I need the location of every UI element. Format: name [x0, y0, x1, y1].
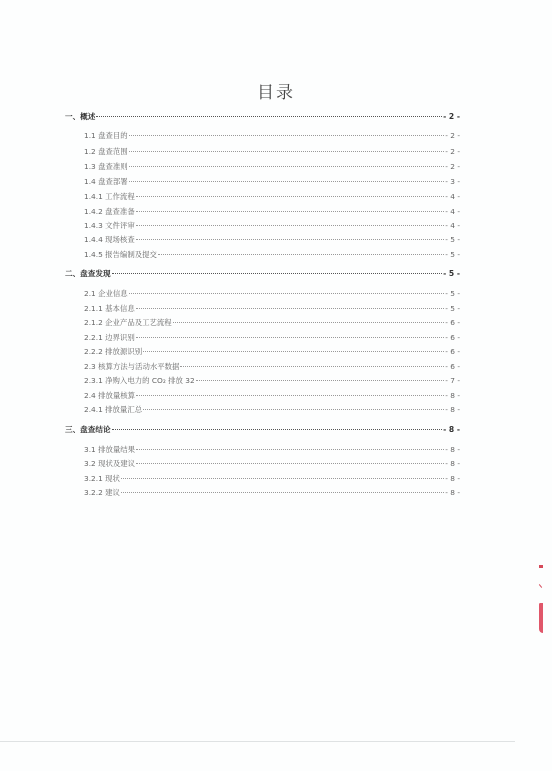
toc-entry[interactable]: 1.4.3 文件评审 - 4 -	[84, 221, 460, 231]
dot-leader	[196, 380, 445, 381]
seal-fragment	[539, 565, 543, 568]
toc-label: 1.3 盘查准则	[84, 162, 128, 172]
toc-page-number: - 6 -	[445, 333, 460, 343]
toc-page-number: - 2 -	[445, 162, 460, 172]
toc-entry[interactable]: 1.4 盘查部署 - 3 -	[84, 177, 460, 187]
toc-entry[interactable]: 1.4.1 工作流程 - 4 -	[84, 192, 460, 202]
dot-leader	[136, 196, 445, 197]
toc-label: 2.2.2 排放源识别	[84, 347, 142, 357]
toc-label: 1.4 盘查部署	[84, 177, 128, 187]
toc-entry[interactable]: 1.2 盘查范围 - 2 -	[84, 147, 460, 157]
toc-label: 1.4.2 盘查准备	[84, 207, 135, 217]
dot-leader	[158, 254, 444, 255]
toc-page-number: - 6 -	[445, 347, 460, 357]
dot-leader	[136, 449, 444, 450]
toc-label: 1.4.1 工作流程	[84, 192, 135, 202]
dot-leader	[173, 322, 445, 323]
toc-page-number: - 8 -	[443, 425, 460, 435]
toc-label: 1.4.4 现场核查	[84, 235, 135, 245]
dot-leader	[136, 337, 445, 338]
toc-entry[interactable]: 1.4.5 报告编制及提交 - 5 -	[84, 250, 460, 260]
toc-entry[interactable]: 1.4.4 现场核查 - 5 -	[84, 235, 460, 245]
dot-leader	[112, 429, 443, 430]
toc-entry[interactable]: 3.1 排放量结果 - 8 -	[84, 445, 460, 455]
toc-entry[interactable]: 2.2.2 排放源识别 - 6 -	[84, 347, 460, 357]
toc-page-number: - 8 -	[445, 459, 460, 469]
toc-entry[interactable]: 1.3 盘查准则 - 2 -	[84, 162, 460, 172]
dot-leader	[136, 239, 445, 240]
dot-leader	[129, 151, 445, 152]
toc-page-number: - 4 -	[445, 207, 460, 217]
toc-entry[interactable]: 1.1 盘查目的 - 2 -	[84, 131, 460, 141]
toc-page-number: - 5 -	[445, 250, 460, 260]
dot-leader	[121, 478, 444, 479]
document-page: 目录 一、概述 - 2 - 1.1 盘查目的 - 2 - 1.2 盘查范围 - …	[0, 0, 552, 771]
dot-leader	[136, 463, 444, 464]
toc-page-number: - 4 -	[445, 192, 460, 202]
toc-label: 3.2.2 建议	[84, 488, 120, 498]
toc-label: 3.2 现状及建议	[84, 459, 135, 469]
toc-section-1[interactable]: 一、概述 - 2 -	[65, 112, 460, 122]
toc-label: 2.3 核算方法与活动水平数据	[84, 362, 179, 372]
toc-entry[interactable]: 2.1.2 企业产品及工艺流程 - 6 -	[84, 318, 460, 328]
toc-label: 2.3.1 净购入电力的 CO₂ 排放 32	[84, 376, 195, 386]
toc-section-2[interactable]: 二、盘查发现 - 5 -	[65, 269, 460, 279]
toc-page-number: - 2 -	[445, 131, 460, 141]
toc-page-number: - 3 -	[445, 177, 460, 187]
toc-page-number: - 5 -	[445, 235, 460, 245]
dot-leader	[129, 166, 445, 167]
toc-entry[interactable]: 2.4 排放量核算 - 8 -	[84, 391, 460, 401]
seal-fragment	[539, 584, 542, 588]
toc-entry[interactable]: 3.2.2 建议 - 8 -	[84, 488, 460, 498]
toc-entry[interactable]: 2.1 企业信息 - 5 -	[84, 289, 460, 299]
toc-section-3[interactable]: 三、盘查结论 - 8 -	[65, 425, 460, 435]
toc-page-number: - 6 -	[445, 318, 460, 328]
dot-leader	[121, 492, 444, 493]
toc-page-number: - 2 -	[443, 112, 460, 122]
toc-entry[interactable]: 2.3 核算方法与活动水平数据 - 6 -	[84, 362, 460, 372]
dot-leader	[136, 211, 445, 212]
toc-page-number: - 8 -	[445, 474, 460, 484]
toc-page-number: - 8 -	[445, 445, 460, 455]
toc-page-number: - 5 -	[443, 269, 460, 279]
toc-label: 2.2.1 边界识别	[84, 333, 135, 343]
dot-leader	[143, 409, 444, 410]
dot-leader	[136, 308, 445, 309]
toc-label: 一、概述	[65, 112, 95, 122]
dot-leader	[136, 225, 445, 226]
toc-label: 1.4.5 报告编制及提交	[84, 250, 157, 260]
toc-title: 目录	[0, 78, 552, 103]
scan-edge-line	[0, 741, 515, 742]
dot-leader	[180, 366, 444, 367]
toc-page-number: - 8 -	[445, 405, 460, 415]
seal-fragment	[539, 603, 543, 633]
toc-entry[interactable]: 2.3.1 净购入电力的 CO₂ 排放 32 - 7 -	[84, 376, 460, 386]
toc-page-number: - 7 -	[445, 376, 460, 386]
toc-page-number: - 8 -	[445, 488, 460, 498]
toc-label: 1.1 盘查目的	[84, 131, 128, 141]
toc-label: 2.1 企业信息	[84, 289, 128, 299]
toc-label: 2.4.1 排放量汇总	[84, 405, 142, 415]
dot-leader	[129, 293, 445, 294]
toc-entry[interactable]: 3.2 现状及建议 - 8 -	[84, 459, 460, 469]
toc-label: 3.2.1 现状	[84, 474, 120, 484]
toc-label: 1.2 盘查范围	[84, 147, 128, 157]
dot-leader	[136, 395, 444, 396]
dot-leader	[129, 135, 445, 136]
toc-entry[interactable]: 2.4.1 排放量汇总 - 8 -	[84, 405, 460, 415]
toc-label: 1.4.3 文件评审	[84, 221, 135, 231]
toc-page-number: - 2 -	[445, 147, 460, 157]
toc-entry[interactable]: 1.4.2 盘查准备 - 4 -	[84, 207, 460, 217]
toc-label: 2.1.1 基本信息	[84, 304, 135, 314]
dot-leader	[129, 181, 445, 182]
toc-label: 二、盘查发现	[65, 269, 111, 279]
toc-page-number: - 8 -	[445, 391, 460, 401]
toc-label: 2.1.2 企业产品及工艺流程	[84, 318, 172, 328]
dot-leader	[112, 273, 443, 274]
toc-page-number: - 4 -	[445, 221, 460, 231]
dot-leader	[96, 116, 442, 117]
toc-label: 2.4 排放量核算	[84, 391, 135, 401]
toc-label: 三、盘查结论	[65, 425, 111, 435]
toc-page-number: - 5 -	[445, 304, 460, 314]
toc-entry[interactable]: 3.2.1 现状 - 8 -	[84, 474, 460, 484]
toc-entry[interactable]: 2.2.1 边界识别 - 6 -	[84, 333, 460, 343]
toc-label: 3.1 排放量结果	[84, 445, 135, 455]
toc-page-number: - 5 -	[445, 289, 460, 299]
toc-page-number: - 6 -	[445, 362, 460, 372]
dot-leader	[143, 351, 444, 352]
toc-entry[interactable]: 2.1.1 基本信息 - 5 -	[84, 304, 460, 314]
